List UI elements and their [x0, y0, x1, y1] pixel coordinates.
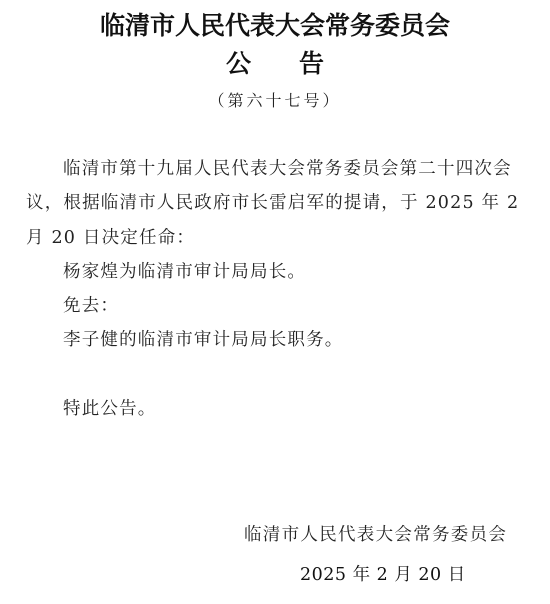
document-body: 临清市第十九届人民代表大会常务委员会第二十四次会议，根据临清市人民政府市长雷启军…: [26, 152, 526, 426]
signature: 临清市人民代表大会常务委员会: [244, 521, 507, 546]
removal-label: 免去：: [26, 289, 526, 323]
spacer: [26, 358, 526, 392]
document-subtitle: 公告: [0, 44, 550, 80]
closing-line: 特此公告。: [26, 392, 526, 426]
document-title: 临清市人民代表大会常务委员会: [0, 6, 550, 42]
signature-date: 2025 年 2 月 20 日: [300, 561, 466, 586]
appointment-line: 杨家煌为临清市审计局局长。: [26, 255, 526, 289]
subtitle-char-2: 告: [299, 44, 324, 80]
subtitle-char-1: 公: [226, 44, 251, 80]
paragraph-main: 临清市第十九届人民代表大会常务委员会第二十四次会议，根据临清市人民政府市长雷启军…: [26, 152, 526, 255]
removal-line: 李子健的临清市审计局局长职务。: [26, 323, 526, 357]
announcement-number: （第六十七号）: [0, 88, 550, 111]
